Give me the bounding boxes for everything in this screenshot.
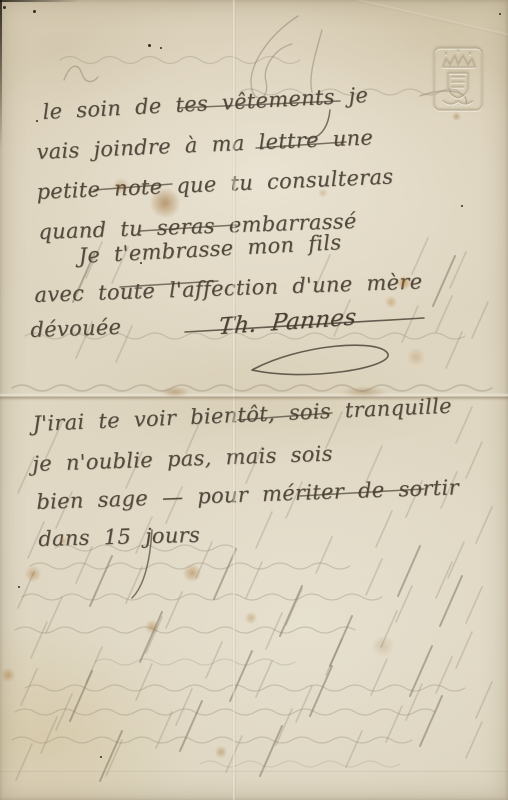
foxing-stain bbox=[182, 564, 202, 582]
ink-speck bbox=[3, 6, 6, 9]
fold-crease-horizontal bbox=[0, 393, 508, 401]
embossed-seal-icon bbox=[431, 45, 485, 113]
ink-speck bbox=[33, 10, 36, 13]
foxing-stain bbox=[144, 620, 160, 634]
foxing-stain bbox=[112, 178, 130, 194]
ink-speck bbox=[100, 756, 102, 758]
letter-page: le soin de tes vêtements je vais joindre… bbox=[0, 0, 508, 800]
foxing-stain bbox=[214, 746, 228, 758]
foxing-stain bbox=[24, 566, 42, 582]
foxing-stain bbox=[396, 276, 412, 290]
foxing-stain bbox=[148, 188, 182, 218]
foxing-stain bbox=[160, 386, 190, 398]
foxing-stain bbox=[58, 536, 68, 546]
ink-speck bbox=[18, 586, 20, 588]
foxing-stain bbox=[318, 188, 328, 198]
ink-speck bbox=[499, 13, 501, 15]
foxing-stain bbox=[406, 348, 426, 366]
ink-speck bbox=[148, 44, 151, 47]
foxing-stain bbox=[244, 612, 258, 624]
foxing-stain bbox=[452, 112, 461, 121]
foxing-stain bbox=[340, 386, 388, 398]
scan-edge-top bbox=[0, 0, 80, 2]
letter-line: dévouée bbox=[30, 315, 122, 342]
scan-edge-left bbox=[0, 0, 2, 150]
ink-speck bbox=[140, 262, 142, 264]
ink-speck bbox=[36, 120, 38, 122]
foxing-stain bbox=[0, 668, 16, 682]
ink-speck bbox=[160, 47, 162, 49]
foxing-stain bbox=[370, 636, 396, 656]
ink-speck bbox=[461, 205, 463, 207]
fold-crease-faint bbox=[0, 769, 508, 773]
foxing-stain bbox=[384, 296, 398, 308]
